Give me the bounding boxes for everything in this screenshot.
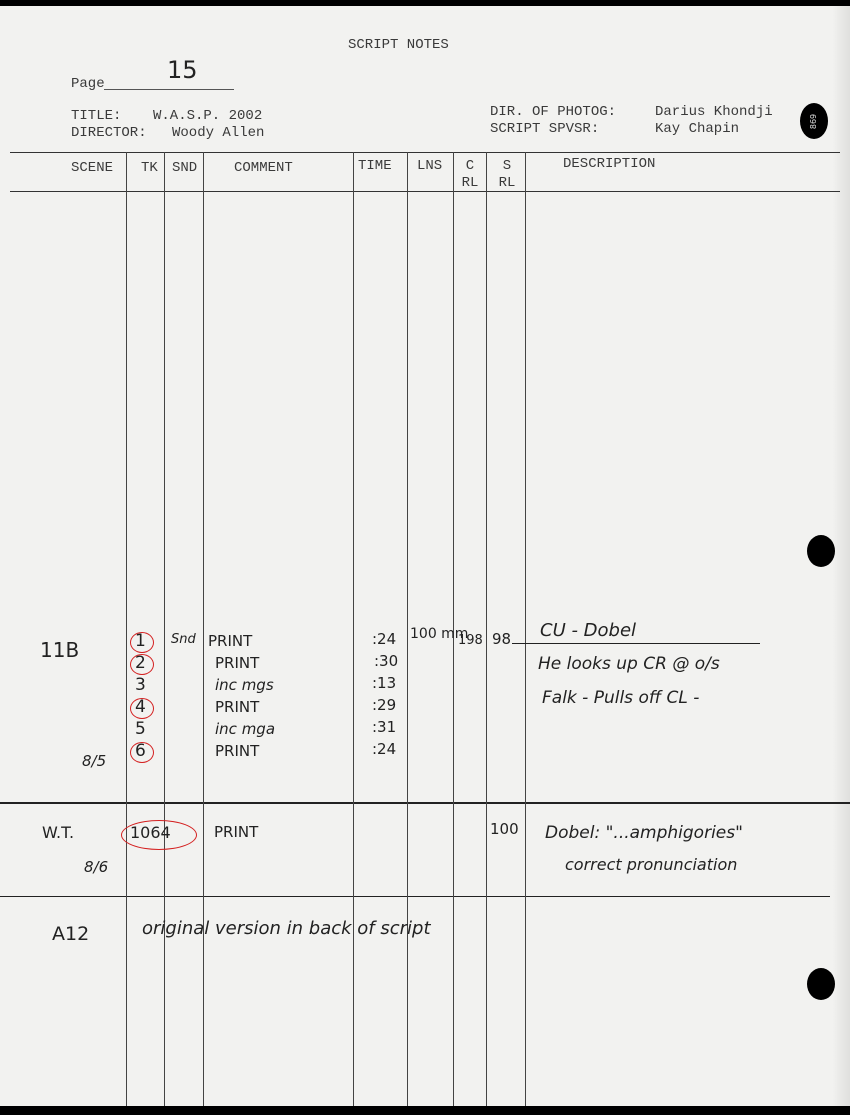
stamp-number: 869 [810, 113, 819, 128]
description-underline [512, 643, 760, 644]
column-header-comment: COMMENT [234, 160, 293, 176]
scene-number: A12 [52, 923, 89, 945]
scene-date: 8/6 [84, 858, 108, 876]
director-value: Woody Allen [172, 125, 264, 141]
column-header-s-rl: S RL [494, 158, 520, 192]
take-time: :24 [372, 630, 396, 648]
page-label: Page [71, 76, 105, 92]
take-number: 6 [135, 741, 146, 761]
form-heading: SCRIPT NOTES [348, 37, 449, 53]
scene-number: W.T. [42, 823, 74, 842]
column-header-lns: LNS [417, 158, 442, 174]
column-rule [486, 152, 487, 1106]
description-line: Dobel: "...amphigories" [545, 823, 743, 843]
column-rule [126, 152, 127, 1106]
scan-border-bottom [0, 1106, 850, 1115]
column-rule [407, 152, 408, 1106]
column-header-description: DESCRIPTION [563, 156, 655, 172]
column-header-c-rl: C RL [459, 158, 481, 192]
title-value: W.A.S.P. 2002 [153, 108, 262, 124]
take-time: :24 [372, 740, 396, 758]
s-rl-value: 98 [492, 630, 511, 648]
supervisor-label: SCRIPT SPVSR: [490, 121, 599, 137]
column-header-time: TIME [358, 158, 392, 174]
page-edge-shadow [832, 0, 850, 1115]
column-rule [203, 152, 204, 1106]
scene-note: original version in back of script [142, 918, 431, 939]
take-comment: inc mga [215, 720, 275, 738]
binder-hole [807, 968, 835, 1000]
stamp-dot: 869 [800, 103, 828, 139]
scan-border-top [0, 0, 850, 6]
binder-hole [807, 535, 835, 567]
column-header-tk: TK [141, 160, 158, 176]
director-label: DIRECTOR: [71, 125, 147, 141]
take-number: 1064 [130, 823, 171, 842]
take-time: :31 [372, 718, 396, 736]
take-comment: PRINT [215, 742, 259, 760]
take-comment: PRINT [214, 823, 258, 841]
take-time: :29 [372, 696, 396, 714]
column-rule [353, 152, 354, 1106]
take-time: :13 [372, 674, 396, 692]
title-label: TITLE: [71, 108, 121, 124]
take-number: 2 [135, 653, 146, 673]
take-number: 1 [135, 631, 146, 651]
take-comment: PRINT [215, 698, 259, 716]
page-number-underline [104, 89, 234, 90]
table-header-rule [10, 191, 840, 192]
description-line: correct pronunciation [565, 855, 737, 874]
c-rl-value: 198 [458, 633, 483, 648]
take-sound: Snd [171, 632, 196, 647]
take-number: 5 [135, 719, 146, 739]
dop-label: DIR. OF PHOTOG: [490, 104, 616, 120]
description-title: CU - Dobel [540, 620, 636, 641]
take-time: :30 [374, 652, 398, 670]
scene-number: 11B [40, 638, 79, 662]
take-number: 3 [135, 675, 146, 695]
lens-value: 100 [490, 820, 519, 838]
table-top-rule [10, 152, 840, 153]
supervisor-value: Kay Chapin [655, 121, 739, 137]
scene-date: 8/5 [82, 752, 106, 770]
description-line: Falk - Pulls off CL - [542, 688, 699, 708]
column-rule [525, 152, 526, 1106]
column-header-scene: SCENE [71, 160, 113, 176]
description-line: He looks up CR @ o/s [538, 654, 720, 674]
column-header-snd: SND [172, 160, 197, 176]
row-divider [0, 802, 850, 804]
row-divider [0, 896, 830, 897]
dop-value: Darius Khondji [655, 104, 773, 120]
lens-value: 100 mm [410, 627, 450, 641]
take-comment: inc mgs [215, 676, 274, 694]
take-number: 4 [135, 697, 146, 717]
take-comment: PRINT [208, 632, 252, 650]
page-number: 15 [167, 56, 198, 84]
column-rule [164, 152, 165, 1106]
take-comment: PRINT [215, 654, 259, 672]
